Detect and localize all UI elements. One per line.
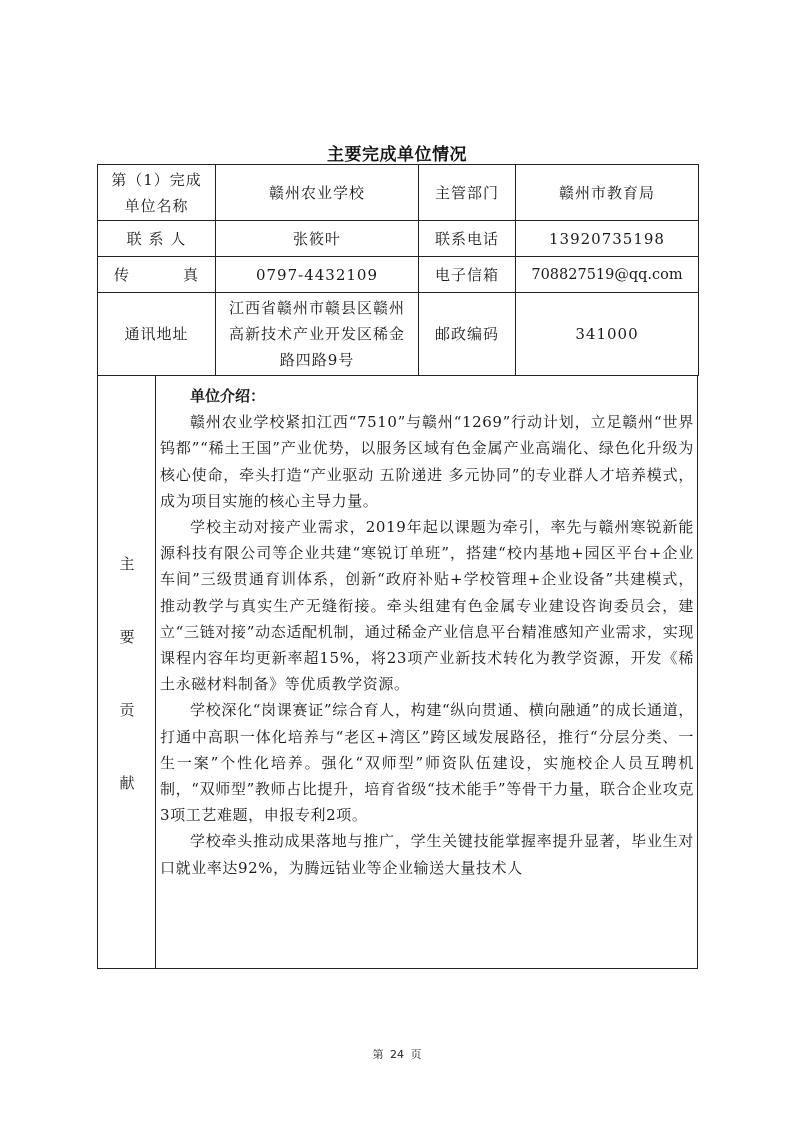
- table-row-fax: 传 真 0797-4432109 电子信箱 708827519@qq.com: [98, 257, 699, 293]
- postcode-label: 邮政编码: [419, 293, 516, 376]
- fax-label-left: 传: [114, 263, 130, 287]
- contribution-paragraph: 学校牵头推动成果落地与推广，学生关键技能掌握率提升显著，毕业生对口就业率达92%…: [160, 828, 694, 880]
- side-label-char: 主: [98, 553, 156, 574]
- table-row-unit-name: 第（1）完成单位名称 赣州农业学校 主管部门 赣州市教育局: [98, 165, 699, 221]
- unit-name-value: 赣州农业学校: [216, 165, 419, 221]
- side-label-char: 献: [98, 772, 156, 793]
- phone-label: 联系电话: [419, 221, 516, 257]
- email-label: 电子信箱: [419, 257, 516, 293]
- postcode-value: 341000: [516, 293, 699, 376]
- unit-intro-heading: 单位介绍：: [160, 383, 694, 409]
- page-title: 主要完成单位情况: [0, 140, 794, 165]
- fax-label-right: 真: [183, 263, 199, 287]
- main-contributions-section: 主 要 贡 献 单位介绍： 赣州农业学校紧扣江西“7510”与赣州“1269”行…: [97, 375, 698, 969]
- table-row-address: 通讯地址 江西省赣州市赣县区赣州高新技术产业开发区稀金路四路9号 邮政编码 34…: [98, 293, 699, 376]
- fax-label: 传 真: [98, 257, 216, 293]
- contact-value: 张筱叶: [216, 221, 419, 257]
- address-value: 江西省赣州市赣县区赣州高新技术产业开发区稀金路四路9号: [216, 293, 419, 376]
- contact-label: 联 系 人: [98, 221, 216, 257]
- supervisor-label: 主管部门: [419, 165, 516, 221]
- supervisor-value: 赣州市教育局: [516, 165, 699, 221]
- page-number: 第 24 页: [0, 1046, 794, 1062]
- address-label: 通讯地址: [98, 293, 216, 376]
- contribution-paragraph: 学校主动对接产业需求，2019年起以课题为牵引，率先与赣州寒锐新能源科技有限公司…: [160, 514, 694, 697]
- contributions-body: 单位介绍： 赣州农业学校紧扣江西“7510”与赣州“1269”行动计划，立足赣州…: [160, 383, 694, 881]
- side-label-char: 贡: [98, 699, 156, 720]
- contribution-paragraph: 赣州农业学校紧扣江西“7510”与赣州“1269”行动计划，立足赣州“世界钨都”…: [160, 409, 694, 514]
- phone-value: 13920735198: [516, 221, 699, 257]
- contribution-paragraph: 学校深化“岗课赛证”综合育人，构建“纵向贯通、横向融通”的成长通道，打通中高职一…: [160, 697, 694, 828]
- unit-info-table: 第（1）完成单位名称 赣州农业学校 主管部门 赣州市教育局 联 系 人 张筱叶 …: [97, 164, 699, 376]
- email-value: 708827519@qq.com: [516, 257, 699, 293]
- unit-name-label: 第（1）完成单位名称: [98, 165, 216, 221]
- table-row-contact: 联 系 人 张筱叶 联系电话 13920735198: [98, 221, 699, 257]
- contributions-side-label: 主 要 贡 献: [98, 375, 156, 968]
- side-label-char: 要: [98, 626, 156, 647]
- fax-value: 0797-4432109: [216, 257, 419, 293]
